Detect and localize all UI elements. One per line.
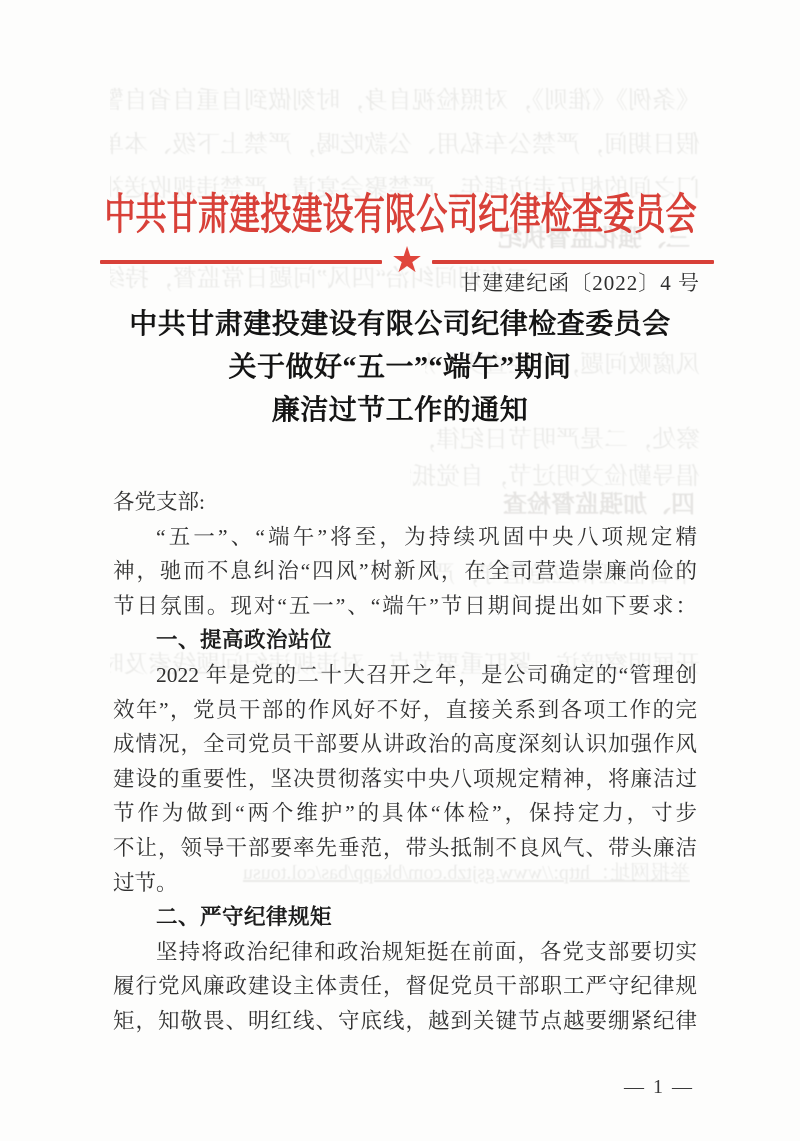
body-line: 不让，领导干部要率先垂范，带头抵制不良风气、带头廉洁 xyxy=(113,831,697,866)
body-line: 神，驰而不息纠治“四风”树新风，在全司营造崇廉尚俭的 xyxy=(113,554,697,589)
body-line: 效年”，党员干部的作风好不好，直接关系到各项工作的完 xyxy=(113,693,697,728)
body-line: 坚持将政治纪律和政治规矩挺在前面，各党支部要切实 xyxy=(113,935,697,970)
body-line: 节日氛围。现对“五一”、“端午”节日期间提出如下要求： xyxy=(113,589,697,624)
body-line: “五一”、“端午”将至，为持续巩固中央八项规定精 xyxy=(113,520,697,555)
document-body: 各党支部:“五一”、“端午”将至，为持续巩固中央八项规定精神，驰而不息纠治“四风… xyxy=(113,485,697,1039)
bleed-through-line: 《条例》《准则》，对照检视自身，时刻做到自重自省自警 xyxy=(110,86,700,116)
section-heading: 一、提高政治站位 xyxy=(113,623,697,658)
section-heading: 二、严守纪律规矩 xyxy=(113,900,697,935)
rule-left-segment xyxy=(100,260,382,264)
body-line: 建设的重要性，坚决贯彻落实中央八项规定精神，将廉洁过 xyxy=(113,762,697,797)
document-number: 甘建建纪函〔2022〕4 号 xyxy=(0,268,700,298)
page-number: — 1 — xyxy=(624,1074,694,1100)
bleed-through-line: 假日期间，严禁公车私用、公款吃喝，严禁上下级、本单位 xyxy=(110,130,700,160)
body-line: 节作为做到“两个维护”的具体“体检”，保持定力，寸步 xyxy=(113,796,697,831)
title-line: 关于做好“五一”“端午”期间 xyxy=(0,346,800,389)
body-line: 2022 年是党的二十大召开之年，是公司确定的“管理创 xyxy=(113,658,697,693)
body-line: 履行党风廉政建设主体责任，督促党员干部职工严守纪律规 xyxy=(113,969,697,1004)
title-line: 中共甘肃建投建设有限公司纪律检查委员会 xyxy=(0,303,800,346)
rule-right-segment xyxy=(432,260,714,264)
letterhead-authority-text: 中共甘肃建投建设有限公司纪律检查委员会 xyxy=(104,190,696,242)
body-line: 成情况，全司党员干部要从讲政治的高度深刻认识加强作风 xyxy=(113,727,697,762)
scanned-official-document: 《条例》《准则》，对照检视自身，时刻做到自重自省自警假日期间，严禁公车私用、公款… xyxy=(0,0,800,1141)
body-line: 矩，知敬畏、明红线、守底线，越到关键节点越要绷紧纪律 xyxy=(113,1004,697,1039)
document-title: 中共甘肃建投建设有限公司纪律检查委员会关于做好“五一”“端午”期间廉洁过节工作的… xyxy=(0,303,800,432)
body-line: 过节。 xyxy=(113,866,697,901)
letterhead-authority: 中共甘肃建投建设有限公司纪律检查委员会 xyxy=(0,190,800,242)
title-line: 廉洁过节工作的通知 xyxy=(0,389,800,432)
salutation: 各党支部: xyxy=(113,485,697,520)
